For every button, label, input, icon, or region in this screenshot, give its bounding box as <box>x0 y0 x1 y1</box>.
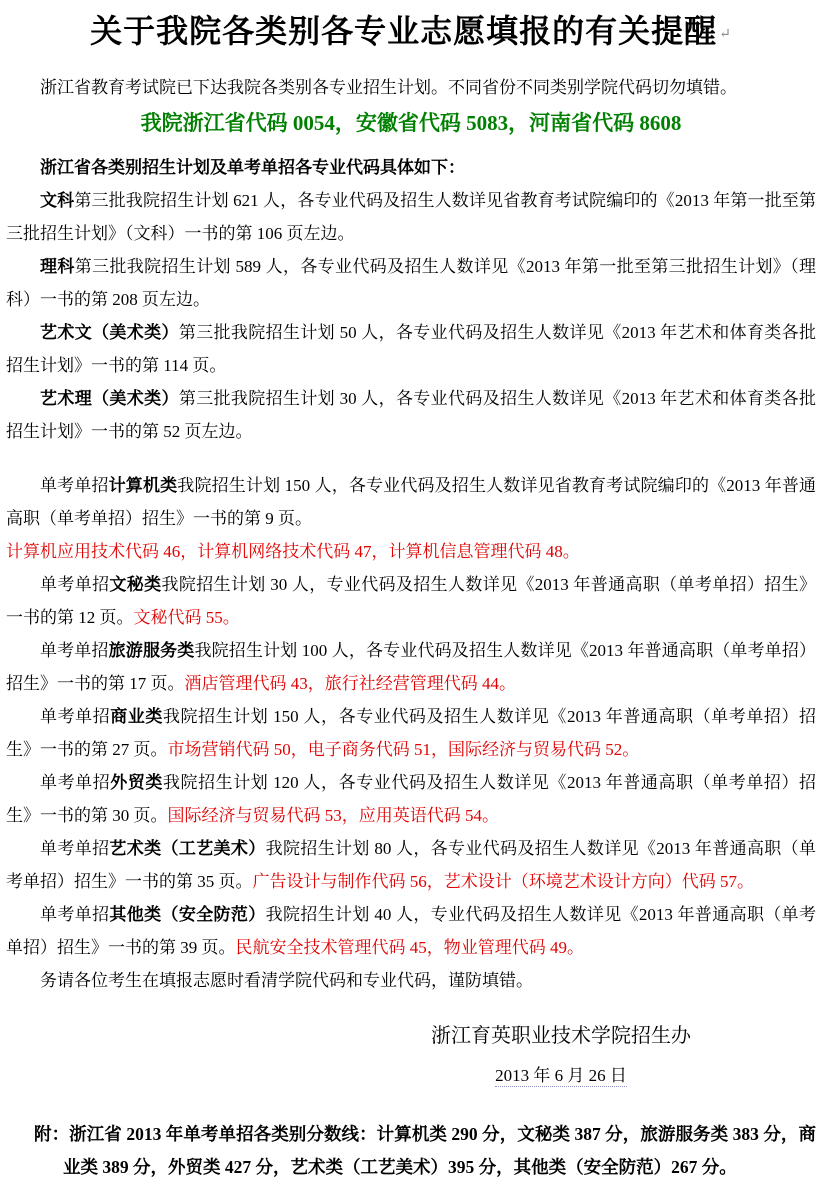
document-page: 关于我院各类别各专业志愿填报的有关提醒↵ 浙江省教育考试院已下达我院各类别各专业… <box>0 0 822 1194</box>
date-line: 2013 年 6 月 26 日 <box>306 1061 816 1091</box>
paragraph-wenke: 文科第三批我院招生计划 621 人，各专业代码及招生人数详见省教育考试院编印的《… <box>6 184 816 250</box>
college-codes-line: 我院浙江省代码 0054，安徽省代码 5083，河南省代码 8608 <box>6 107 816 140</box>
text-segment: 务请各位考生在填报志愿时看清学院代码和专业代码，谨防填错。 <box>40 971 533 990</box>
text-segment: 单考单招 <box>40 839 109 858</box>
text-segment: 第三批我院招生计划 589 人，各专业代码及招生人数详见《2013 年第一批至第… <box>6 257 816 309</box>
paragraph-yishulei: 单考单招艺术类（工艺美术）我院招生计划 80 人，各专业代码及招生人数详见《20… <box>6 832 816 898</box>
text-segment: 单考单招 <box>40 905 109 924</box>
major-codes-red-text: 市场营销代码 50，电子商务代码 51，国际经济与贸易代码 52。 <box>168 740 640 759</box>
category-name-bold: 艺术理（美术类） <box>40 389 179 408</box>
text-segment: 单考单招 <box>40 641 109 660</box>
text-segment: 单考单招 <box>40 476 109 495</box>
category-name-bold: 外贸类 <box>110 773 163 792</box>
page-title: 关于我院各类别各专业志愿填报的有关提醒↵ <box>6 8 816 58</box>
category-name-bold: 其他类（安全防范） <box>109 905 265 924</box>
major-codes-red-text: 民航安全技术管理代码 45，物业管理代码 49。 <box>236 938 585 957</box>
category-name-bold: 理科 <box>40 257 75 276</box>
category-name-bold: 艺术类（工艺美术） <box>109 839 265 858</box>
section-heading: 浙江省各类别招生计划及单考单招各专业代码具体如下： <box>6 151 816 184</box>
date-text: 2013 年 6 月 26 日 <box>495 1066 627 1087</box>
category-name-bold: 文科 <box>40 191 74 210</box>
paragraph-yishuli: 艺术理（美术类）第三批我院招生计划 30 人，各专业代码及招生人数详见《2013… <box>6 382 816 448</box>
major-codes-red-text: 文秘代码 55。 <box>134 608 240 627</box>
paragraph-wenmi: 单考单招文秘类我院招生计划 30 人，专业代码及招生人数详见《2013 年普通高… <box>6 568 816 634</box>
paragraph-list: 文科第三批我院招生计划 621 人，各专业代码及招生人数详见省教育考试院编印的《… <box>6 184 816 997</box>
category-name-bold: 文秘类 <box>109 575 161 594</box>
paragraph-qitalei: 单考单招其他类（安全防范）我院招生计划 40 人，专业代码及招生人数详见《201… <box>6 898 816 964</box>
paragraph-jisuanji: 单考单招计算机类我院招生计划 150 人，各专业代码及招生人数详见省教育考试院编… <box>6 469 816 535</box>
text-segment: 单考单招 <box>40 575 109 594</box>
signature-block: 浙江育英职业技术学院招生办 2013 年 6 月 26 日 <box>6 1020 816 1091</box>
major-codes-red-text: 国际经济与贸易代码 53，应用英语代码 54。 <box>168 806 500 825</box>
paragraph-shangye: 单考单招商业类我院招生计划 150 人，各专业代码及招生人数详见《2013 年普… <box>6 700 816 766</box>
category-name-bold: 计算机类 <box>109 476 178 495</box>
paragraph-like: 理科第三批我院招生计划 589 人，各专业代码及招生人数详见《2013 年第一批… <box>6 250 816 316</box>
intro-paragraph: 浙江省教育考试院已下达我院各类别各专业招生计划。不同省份不同类别学院代码切勿填错… <box>6 71 816 104</box>
paragraph-yishuwen: 艺术文（美术类）第三批我院招生计划 50 人，各专业代码及招生人数详见《2013… <box>6 316 816 382</box>
major-codes-red-text: 广告设计与制作代码 56，艺术设计（环境艺术设计方向）代码 57。 <box>253 872 755 891</box>
text-segment: 第三批我院招生计划 621 人，各专业代码及招生人数详见省教育考试院编印的《20… <box>6 191 816 243</box>
category-name-bold: 商业类 <box>110 707 163 726</box>
page-title-text: 关于我院各类别各专业志愿填报的有关提醒 <box>90 13 717 49</box>
category-name-bold: 旅游服务类 <box>109 641 195 660</box>
major-codes-red-text: 酒店管理代码 43，旅行社经营管理代码 44。 <box>185 674 517 693</box>
paragraph-waimao: 单考单招外贸类我院招生计划 120 人，各专业代码及招生人数详见《2013 年普… <box>6 766 816 832</box>
major-codes-red-text: 计算机应用技术代码 46，计算机网络技术代码 47，计算机信息管理代码 48。 <box>6 542 580 561</box>
text-segment: 单考单招 <box>40 707 110 726</box>
paragraph-reminder: 务请各位考生在填报志愿时看清学院代码和专业代码，谨防填错。 <box>6 964 816 997</box>
signature-line: 浙江育英职业技术学院招生办 <box>306 1020 816 1053</box>
appendix-note: 附：浙江省 2013 年单考单招各类别分数线：计算机类 290 分，文秘类 38… <box>6 1118 816 1184</box>
paragraph-mark-icon: ↵ <box>719 27 732 42</box>
paragraph-jisuanji-codes: 计算机应用技术代码 46，计算机网络技术代码 47，计算机信息管理代码 48。 <box>6 535 816 568</box>
text-segment: 单考单招 <box>40 773 110 792</box>
category-name-bold: 艺术文（美术类） <box>40 323 179 342</box>
paragraph-lvyou: 单考单招旅游服务类我院招生计划 100 人，各专业代码及招生人数详见《2013 … <box>6 634 816 700</box>
